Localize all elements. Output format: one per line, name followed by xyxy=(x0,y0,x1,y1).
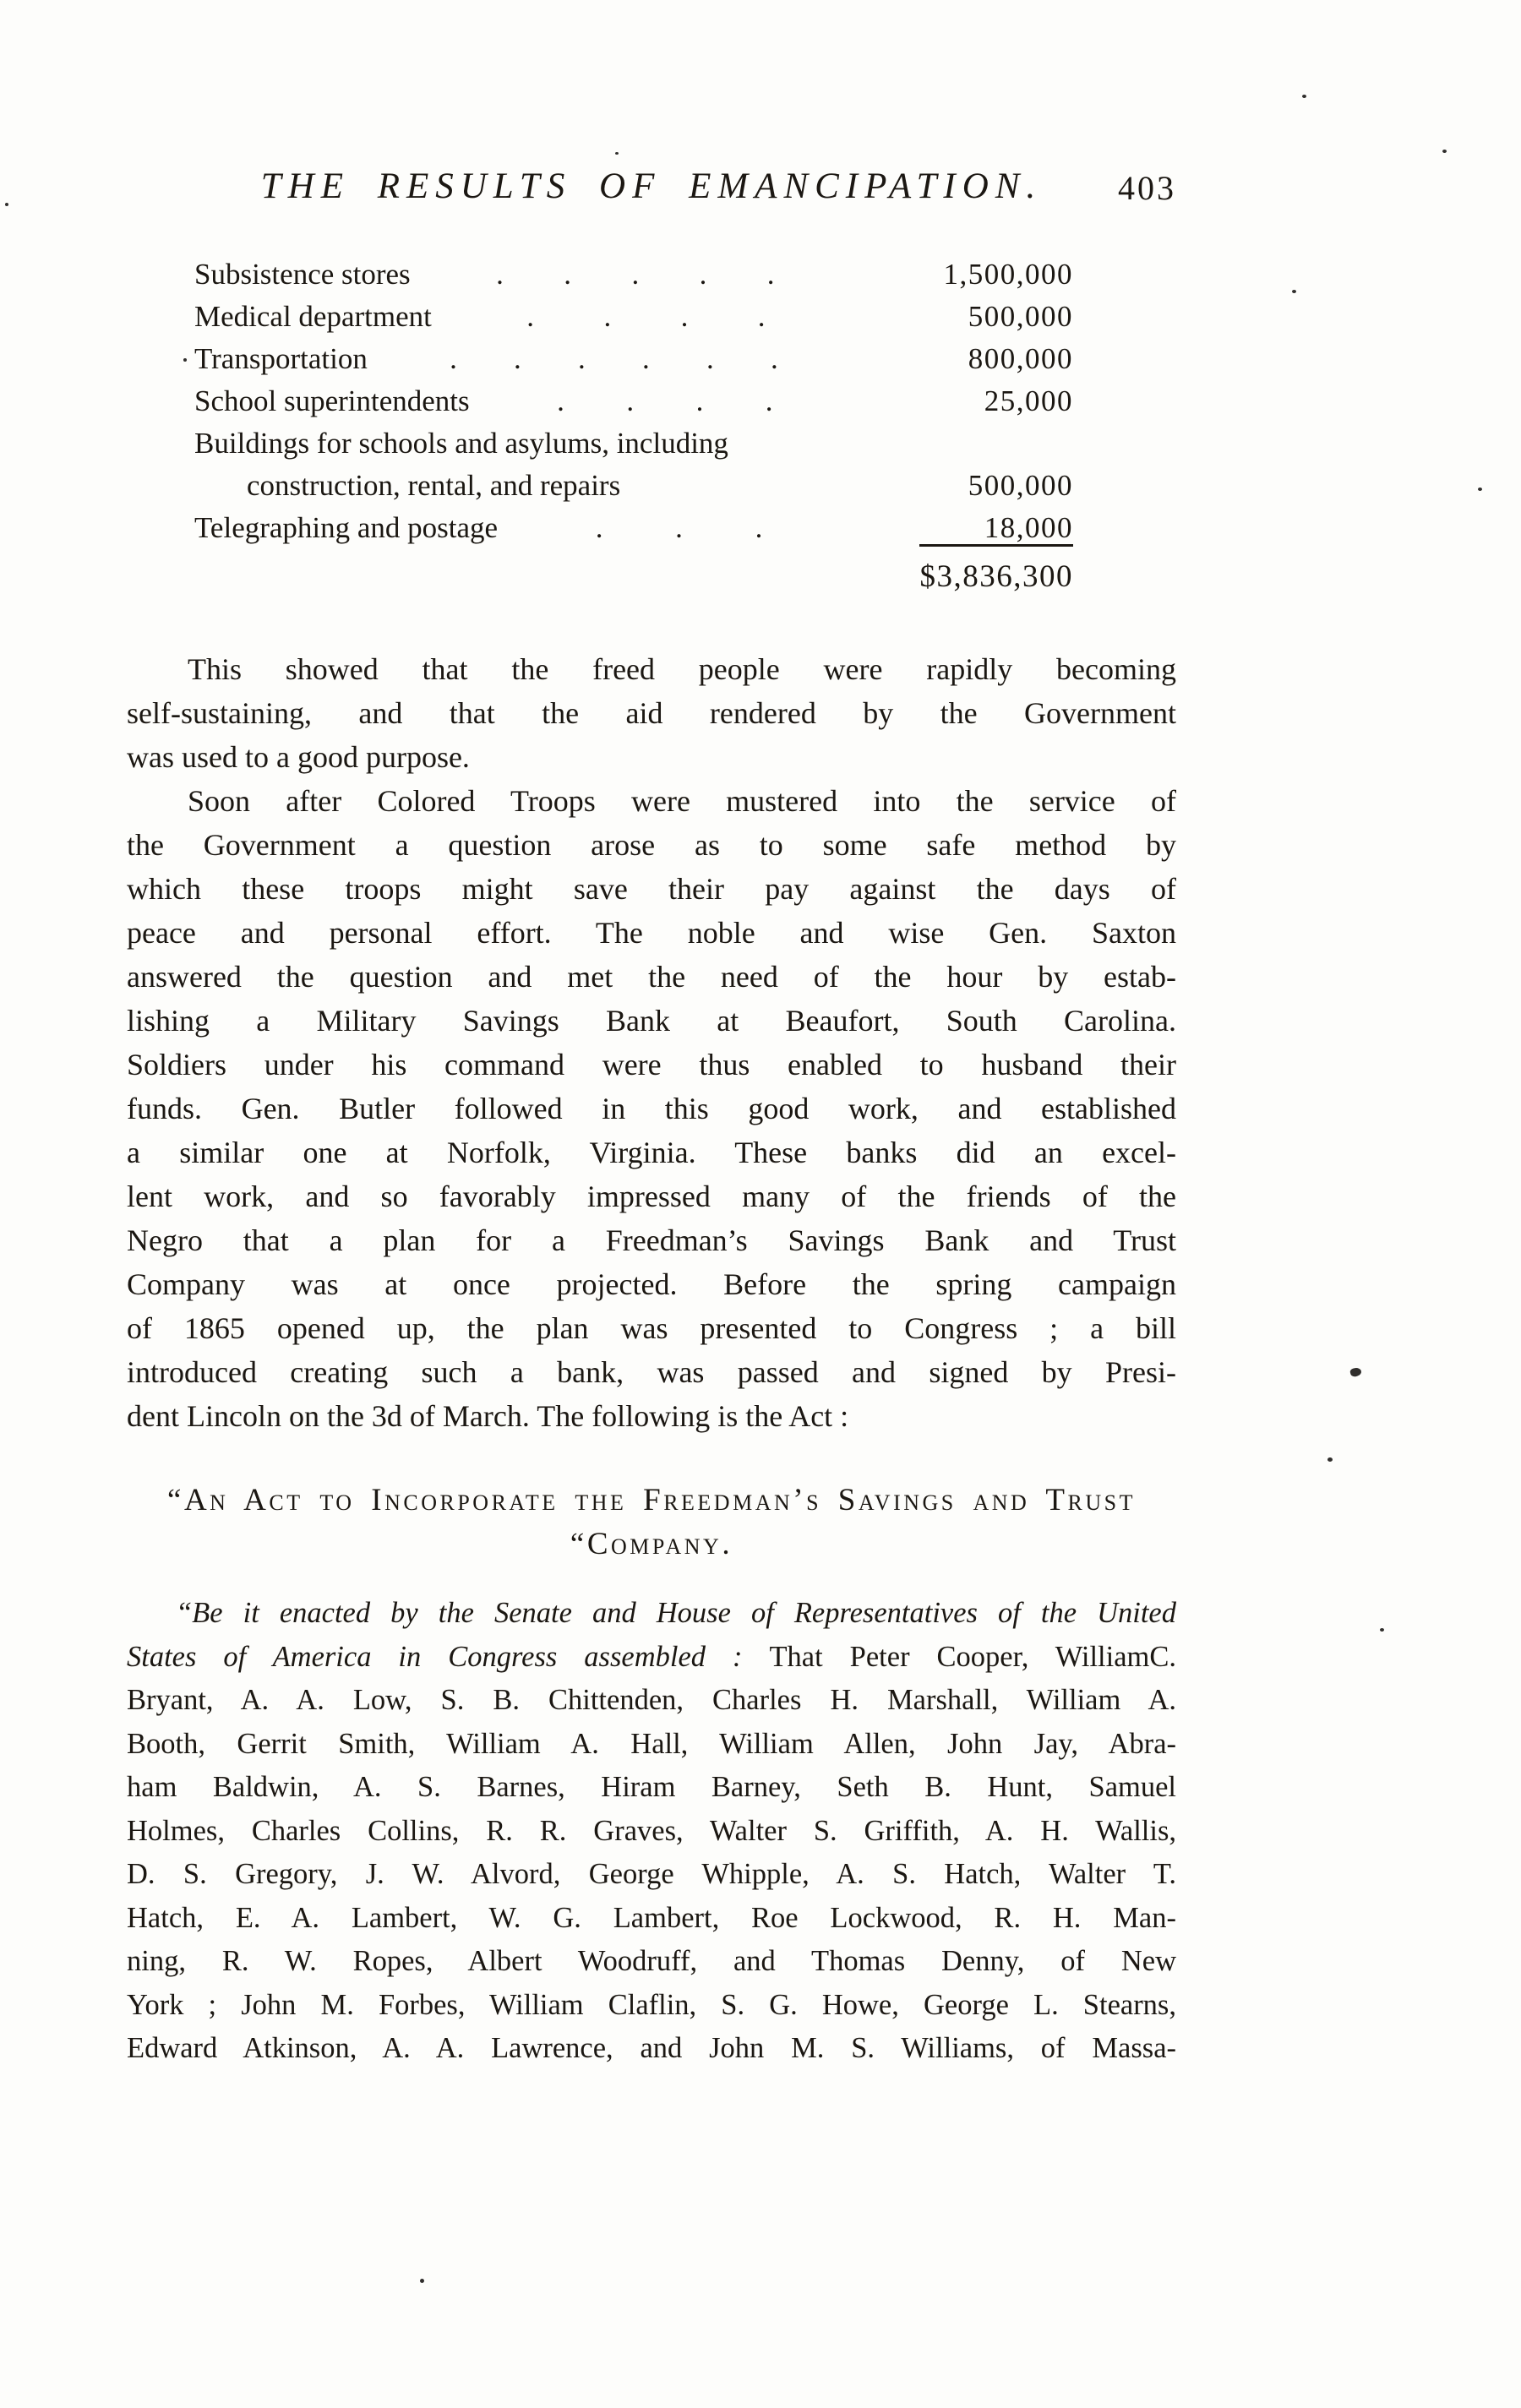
leader-dots: ..... xyxy=(411,253,870,296)
expense-row: School superintendents....25,000 xyxy=(194,380,1073,422)
scan-speck xyxy=(1327,1457,1333,1462)
leader-dots: .... xyxy=(470,380,870,422)
text-line: York ; John M. Forbes, William Claflin, … xyxy=(127,1984,1176,2028)
text-line: lishing a Military Savings Bank at Beauf… xyxy=(127,999,1176,1043)
expense-amount: 500,000 xyxy=(870,296,1073,338)
text-line: answered the question and met the need o… xyxy=(127,955,1176,999)
text-column: THE RESULTS OF EMANCIPATION. 403 Subsist… xyxy=(127,0,1176,2408)
text-line: a similar one at Norfolk, Virginia. Thes… xyxy=(127,1130,1176,1174)
expense-row: Transportation......800,000 xyxy=(194,338,1073,380)
text-line: Booth, Gerrit Smith, William A. Hall, Wi… xyxy=(127,1723,1176,1767)
expense-amount: 500,000 xyxy=(870,465,1073,507)
text-line: States of America in Congress assembled … xyxy=(127,1636,1176,1680)
scan-speck xyxy=(615,152,619,155)
leader-dots: .... xyxy=(432,296,870,338)
expense-label: Medical department xyxy=(194,296,432,338)
leader-dots: ...... xyxy=(368,338,870,380)
text-line: Bryant, A. A. Low, S. B. Chittenden, Cha… xyxy=(127,1679,1176,1723)
total-amount: $3,836,300 xyxy=(194,558,1073,595)
text-line: This showed that the freed people were r… xyxy=(127,647,1176,691)
text-line: peace and personal effort. The noble and… xyxy=(127,911,1176,955)
text-line: “Be it enacted by the Senate and House o… xyxy=(127,1592,1176,1636)
expense-row: Telegraphing and postage...18,000 xyxy=(194,507,1073,549)
expense-row: construction, rental, and repairs500,000 xyxy=(194,465,1073,507)
text-line: Negro that a plan for a Freedman’s Savin… xyxy=(127,1218,1176,1262)
text-line: Hatch, E. A. Lambert, W. G. Lambert, Roe… xyxy=(127,1897,1176,1941)
scan-speck xyxy=(5,203,8,206)
text-line: ham Baldwin, A. S. Barnes, Hiram Barney,… xyxy=(127,1766,1176,1810)
text-line: dent Lincoln on the 3d of March. The fol… xyxy=(127,1394,1176,1438)
act-heading-line-2: “Company. xyxy=(127,1523,1176,1566)
act-heading: “An Act to Incorporate the Freedman’s Sa… xyxy=(127,1479,1176,1566)
act-heading-line-1: “An Act to Incorporate the Freedman’s Sa… xyxy=(127,1479,1176,1523)
expense-amount xyxy=(870,422,1073,465)
expense-amount: 25,000 xyxy=(870,380,1073,422)
expense-label: Subsistence stores xyxy=(194,253,411,296)
scan-speck xyxy=(1292,290,1296,293)
text-line: the Government a question arose as to so… xyxy=(127,823,1176,867)
text-line: lent work, and so favorably impressed ma… xyxy=(127,1174,1176,1218)
act-text: “Be it enacted by the Senate and House o… xyxy=(127,1592,1176,2071)
text-line: was used to a good purpose. xyxy=(127,735,1176,779)
scan-ink-blot xyxy=(1349,1366,1362,1377)
expense-label: Buildings for schools and asylums, inclu… xyxy=(194,422,728,465)
scan-speck xyxy=(420,2279,424,2283)
leader-dots xyxy=(728,422,870,465)
text-line: Company was at once projected. Before th… xyxy=(127,1262,1176,1306)
expense-row: Medical department....500,000 xyxy=(194,296,1073,338)
body-paragraph-1: This showed that the freed people were r… xyxy=(127,647,1176,779)
expense-row: Subsistence stores.....1,500,000 xyxy=(194,253,1073,296)
expense-row: Buildings for schools and asylums, inclu… xyxy=(194,422,1073,465)
expense-amount: 1,500,000 xyxy=(870,253,1073,296)
expense-label: School superintendents xyxy=(194,380,470,422)
text-line: D. S. Gregory, J. W. Alvord, George Whip… xyxy=(127,1853,1176,1897)
scan-speck xyxy=(183,358,187,362)
scan-speck xyxy=(1380,1628,1384,1632)
scan-speck xyxy=(1302,95,1306,98)
page-number: 403 xyxy=(1118,168,1176,208)
expense-label: Telegraphing and postage xyxy=(194,507,498,549)
expense-label: Transportation xyxy=(194,338,368,380)
body-paragraph-2: Soon after Colored Troops were mustered … xyxy=(127,779,1176,1438)
text-line: Soldiers under his command were thus ena… xyxy=(127,1043,1176,1087)
text-line: Holmes, Charles Collins, R. R. Graves, W… xyxy=(127,1810,1176,1854)
text-line: self-sustaining, and that the aid render… xyxy=(127,691,1176,735)
text-line: funds. Gen. Butler followed in this good… xyxy=(127,1087,1176,1130)
leader-dots: ... xyxy=(498,507,870,549)
text-line: Edward Atkinson, A. A. Lawrence, and Joh… xyxy=(127,2027,1176,2071)
scan-speck xyxy=(1442,150,1447,153)
scan-speck xyxy=(1478,488,1482,491)
total-rule xyxy=(919,544,1073,547)
text-line: ning, R. W. Ropes, Albert Woodruff, and … xyxy=(127,1940,1176,1984)
expense-table: Subsistence stores.....1,500,000Medical … xyxy=(194,253,1073,549)
running-head: THE RESULTS OF EMANCIPATION. 403 xyxy=(127,166,1176,216)
expense-amount: 18,000 xyxy=(870,507,1073,549)
leader-dots xyxy=(620,465,870,507)
page-title: THE RESULTS OF EMANCIPATION. xyxy=(127,166,1176,207)
expense-label: construction, rental, and repairs xyxy=(194,465,620,507)
expense-amount: 800,000 xyxy=(870,338,1073,380)
book-page: THE RESULTS OF EMANCIPATION. 403 Subsist… xyxy=(0,0,1521,2408)
text-line: Soon after Colored Troops were mustered … xyxy=(127,779,1176,823)
text-line: introduced creating such a bank, was pas… xyxy=(127,1350,1176,1394)
text-line: of 1865 opened up, the plan was presente… xyxy=(127,1306,1176,1350)
expense-total-block: $3,836,300 xyxy=(194,544,1073,595)
text-line: which these troops might save their pay … xyxy=(127,867,1176,911)
